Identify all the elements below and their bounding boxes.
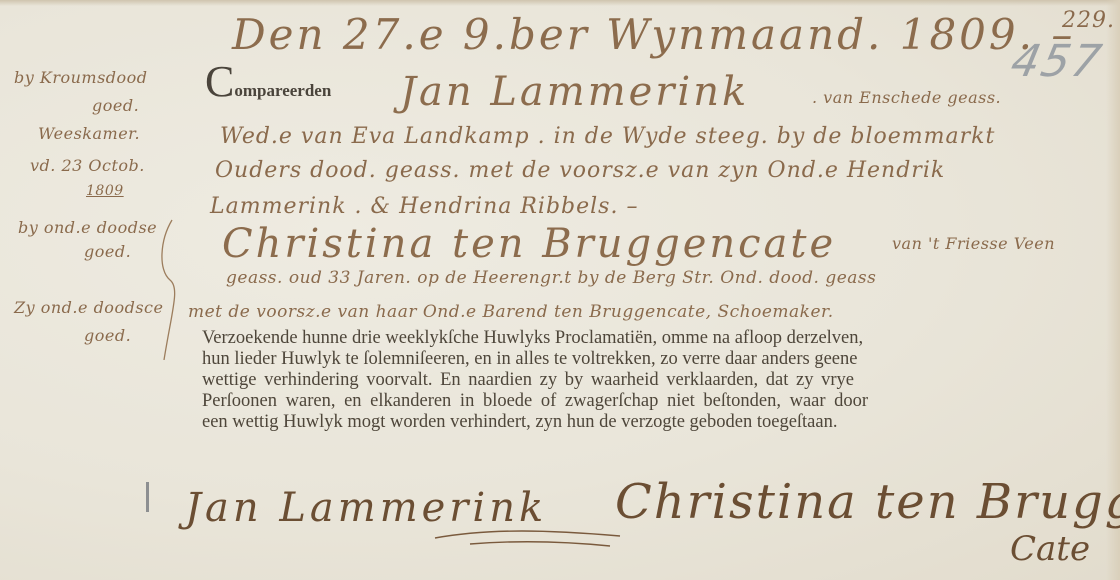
printed-line: hun lieder Huwlyk te ſolemniſeeren, en i… xyxy=(202,349,857,370)
date-header: Den 27.e 9.ber Wynmaand. 1809. – xyxy=(232,14,1075,56)
margin-note: Weeskamer. xyxy=(38,126,140,142)
groom-name: Jan Lammerink xyxy=(400,72,749,112)
margin-note: goed. xyxy=(84,328,131,344)
bride-parents: met de voorsz.e van haar Ond.e Barend te… xyxy=(188,304,834,321)
printed-line: Perſoonen waren, en elkanderen in bloede… xyxy=(202,391,868,412)
groom-parents: Ouders dood. geass. met de voorsz.e van … xyxy=(215,160,945,182)
page-top-edge xyxy=(0,0,1120,6)
margin-note: by Kroumsdood xyxy=(14,70,148,86)
margin-note: vd. 23 Octob. xyxy=(30,158,145,174)
printed-line: wettige verhindering voorvalt. En naardi… xyxy=(202,370,854,391)
groom-details: Wed.e van Eva Landkamp . in de Wyde stee… xyxy=(220,126,995,148)
margin-note-year: 1809 xyxy=(86,184,124,198)
register-page: 229. 457 Den 27.e 9.ber Wynmaand. 1809. … xyxy=(0,0,1120,580)
printed-heading-rest: ompareerden xyxy=(234,81,331,100)
margin-note: Zy ond.e doodsce xyxy=(14,300,163,316)
bride-name: Christina ten Bruggencate xyxy=(222,224,836,264)
printed-line: Verzoekende hunne drie weeklykſche Huwly… xyxy=(202,328,863,349)
pencil-mark xyxy=(146,482,149,512)
margin-note: goed. xyxy=(84,244,131,260)
printed-heading: Compareerden xyxy=(205,60,331,104)
printed-initial: C xyxy=(205,57,234,106)
signature-underline-flourish-icon xyxy=(430,520,630,550)
bride-signature: Christina ten Bruggen xyxy=(615,478,1120,526)
groom-origin: . van Enschede geass. xyxy=(812,90,1001,106)
bride-signature-line2: Cate xyxy=(1010,532,1090,566)
printed-line: een wettig Huwlyk mogt worden verhindert… xyxy=(202,412,837,433)
margin-note: goed. xyxy=(92,98,139,114)
bride-details: geass. oud 33 Jaren. op de Heerengr.t by… xyxy=(226,270,876,287)
margin-note: by ond.e doodse xyxy=(18,220,157,236)
bracket-flourish-icon xyxy=(150,210,190,360)
bride-origin: van 't Friesse Veen xyxy=(892,236,1055,252)
groom-parent-names: Lammerink . & Hendrina Ribbels. – xyxy=(210,196,638,218)
